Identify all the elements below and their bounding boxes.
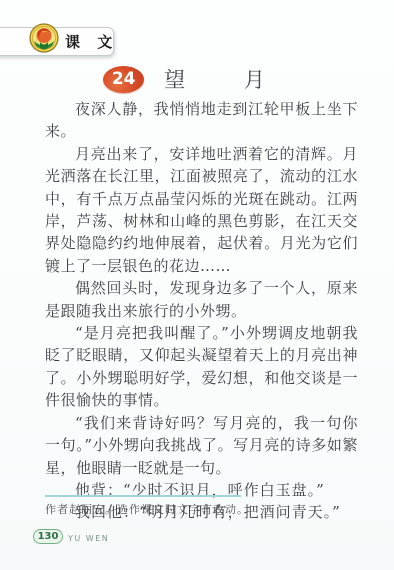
paragraph: 月亮出来了，安详地吐洒着它的清辉。月光洒落在长江里，江面被照亮了，流动的江水中，… [45,143,358,277]
lesson-title: 望 月 [164,64,291,94]
paragraph: “我们来背诗好吗？写月亮的，我一句你一句。”小外甥向我挑战了。写月亮的诗多如繁星… [45,412,358,479]
lesson-number-badge: 24 [103,66,144,93]
textbook-sprout-logo-icon [29,22,59,54]
paragraph: 偶然回头时，发现身边多了一个人，原来是跟随我出来旅行的小外甥。 [45,277,358,322]
subject-pinyin-label: YU WEN [68,534,109,543]
page-footer: 130 YU WEN [33,529,109,544]
lesson-title-row: 24 望 月 [0,64,394,94]
page-number-badge: 130 [33,529,63,544]
section-tab-label: 课 文 [65,31,118,52]
paragraph: 夜深人静，我悄悄地走到江轮甲板上坐下来。 [45,98,358,143]
lesson-section-tab: 课 文 [0,27,114,56]
poem-line: 他背：“少时不识月，呼作白玉盘。” [45,479,358,501]
footnote-divider [45,495,241,497]
lesson-body-text: 夜深人静，我悄悄地走到江轮甲板上坐下来。 月亮出来了，安详地吐洒着它的清辉。月光… [45,98,358,524]
paragraph: “是月亮把我叫醒了。”小外甥调皮地朝我眨了眨眼睛，又仰起头凝望着天上的月亮出神了… [45,322,358,412]
textbook-page: 课 文 24 望 月 夜深人静，我悄悄地走到江轮甲板上坐下来。 月亮出来了，安详… [0,0,394,570]
footnote-text: 作者赵丽宏。选作课文时文字有改动。 [45,501,365,517]
